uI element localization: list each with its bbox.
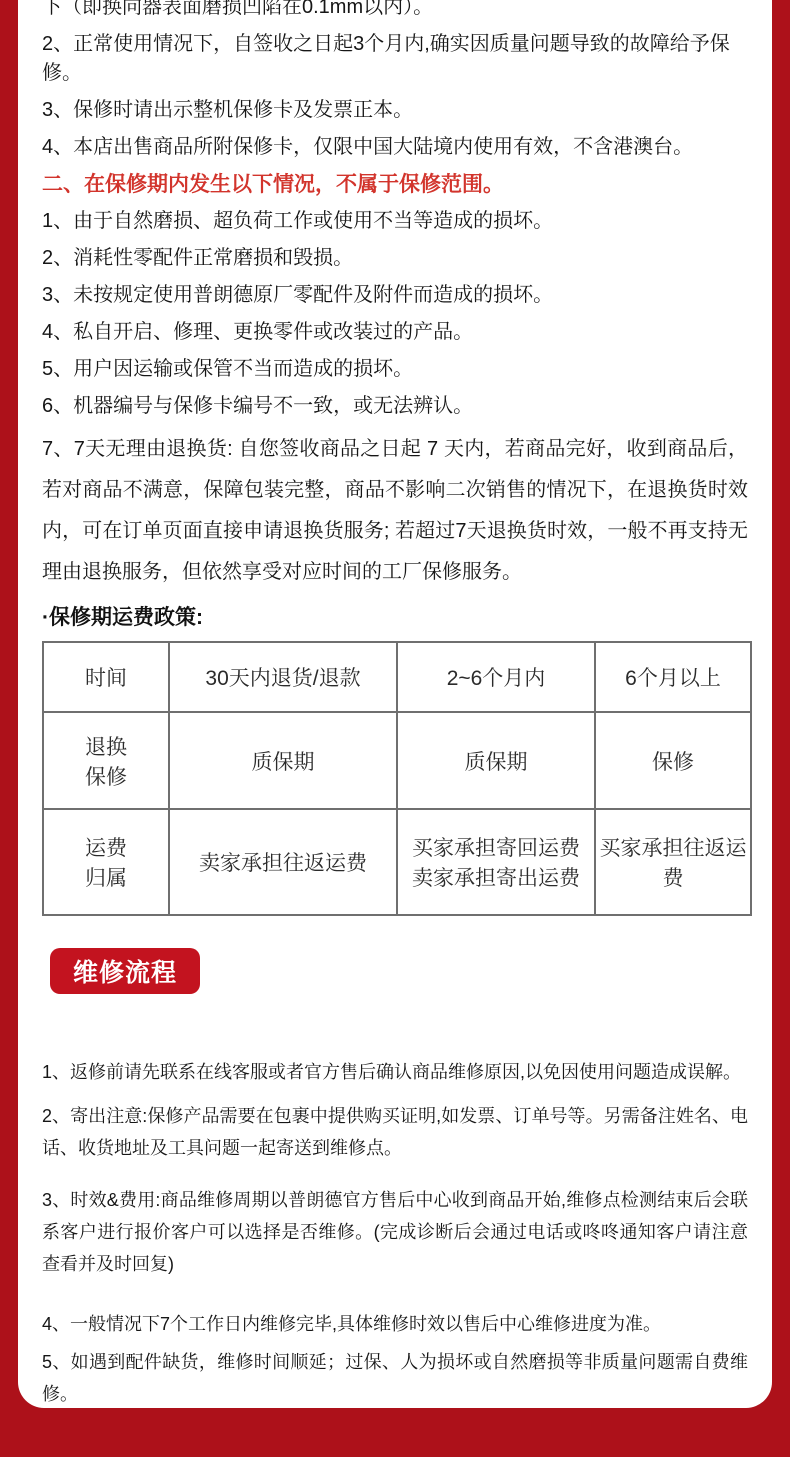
table-header-cell-2to6months: 2~6个月内 — [397, 642, 595, 712]
table-cell: 质保期 — [169, 712, 397, 809]
repair-item: 1、返修前请先联系在线客服或者官方售后确认商品维修原因,以免因使用问题造成误解。 — [42, 1056, 748, 1088]
content-card: 下（即换向器表面磨损凹陷在0.1mm以内）。 2、正常使用情况下，自签收之日起3… — [18, 0, 772, 1408]
table-cell: 保修 — [595, 712, 751, 809]
warranty-intro-line: 下（即换向器表面磨损凹陷在0.1mm以内）。 — [42, 0, 748, 22]
exclusion-item: 5、用户因运输或保管不当而造成的损坏。 — [42, 355, 748, 384]
table-header-row: 时间 30天内退货/退款 2~6个月内 6个月以上 — [43, 642, 751, 712]
table-cell: 质保期 — [397, 712, 595, 809]
repair-item: 5、如遇到配件缺货，维修时间顺延；过保、人为损坏或自然磨损等非质量问题需自费维修… — [42, 1346, 748, 1408]
exclusion-item: 6、机器编号与保修卡编号不一致，或无法辨认。 — [42, 392, 748, 421]
warranty-item: 3、保修时请出示整机保修卡及发票正本。 — [42, 96, 748, 125]
repair-item: 3、时效&费用:商品维修周期以普朗德官方售后中心收到商品开始,维修点检测结束后会… — [42, 1184, 748, 1280]
shipping-policy-table: 时间 30天内退货/退款 2~6个月内 6个月以上 退换 保修 质保期 质保期 … — [42, 641, 752, 916]
table-cell: 卖家承担往返运费 — [169, 809, 397, 915]
table-header-cell-over6months: 6个月以上 — [595, 642, 751, 712]
table-cell: 买家承担往返运费 — [595, 809, 751, 915]
table-row: 退换 保修 质保期 质保期 保修 — [43, 712, 751, 809]
exclusion-item: 2、消耗性零配件正常磨损和毁损。 — [42, 244, 748, 273]
table-header-cell-30days: 30天内退货/退款 — [169, 642, 397, 712]
exclusion-item: 3、未按规定使用普朗德原厂零配件及附件而造成的损坏。 — [42, 281, 748, 310]
exclusion-item: 1、由于自然磨损、超负荷工作或使用不当等造成的损坏。 — [42, 207, 748, 236]
repair-process-badge: 维修流程 — [50, 948, 200, 994]
return-policy-paragraph: 7、7天无理由退换货: 自您签收商品之日起 7 天内，若商品完好，收到商品后，若… — [42, 429, 748, 593]
table-row: 运费 归属 卖家承担往返运费 买家承担寄回运费 卖家承担寄出运费 买家承担往返运… — [43, 809, 751, 915]
table-cell: 买家承担寄回运费 卖家承担寄出运费 — [397, 809, 595, 915]
table-header-cell-time: 时间 — [43, 642, 169, 712]
warranty-item: 2、正常使用情况下，自签收之日起3个月内,确实因质量问题导致的故障给予保修。 — [42, 30, 748, 88]
shipping-policy-title: ·保修期运费政策: — [42, 603, 748, 633]
table-row-label: 运费 归属 — [43, 809, 169, 915]
exclusion-item: 4、私自开启、修理、更换零件或改装过的产品。 — [42, 318, 748, 347]
warranty-item: 4、本店出售商品所附保修卡，仅限中国大陆境内使用有效，不含港澳台。 — [42, 133, 748, 162]
table-row-label: 退换 保修 — [43, 712, 169, 809]
repair-item: 4、一般情况下7个工作日内维修完毕,具体维修时效以售后中心维修进度为准。 — [42, 1308, 748, 1340]
exclusions-heading: 二、在保修期内发生以下情况，不属于保修范围。 — [42, 170, 748, 199]
repair-item: 2、寄出注意:保修产品需要在包裹中提供购买证明,如发票、订单号等。另需备注姓名、… — [42, 1100, 748, 1164]
